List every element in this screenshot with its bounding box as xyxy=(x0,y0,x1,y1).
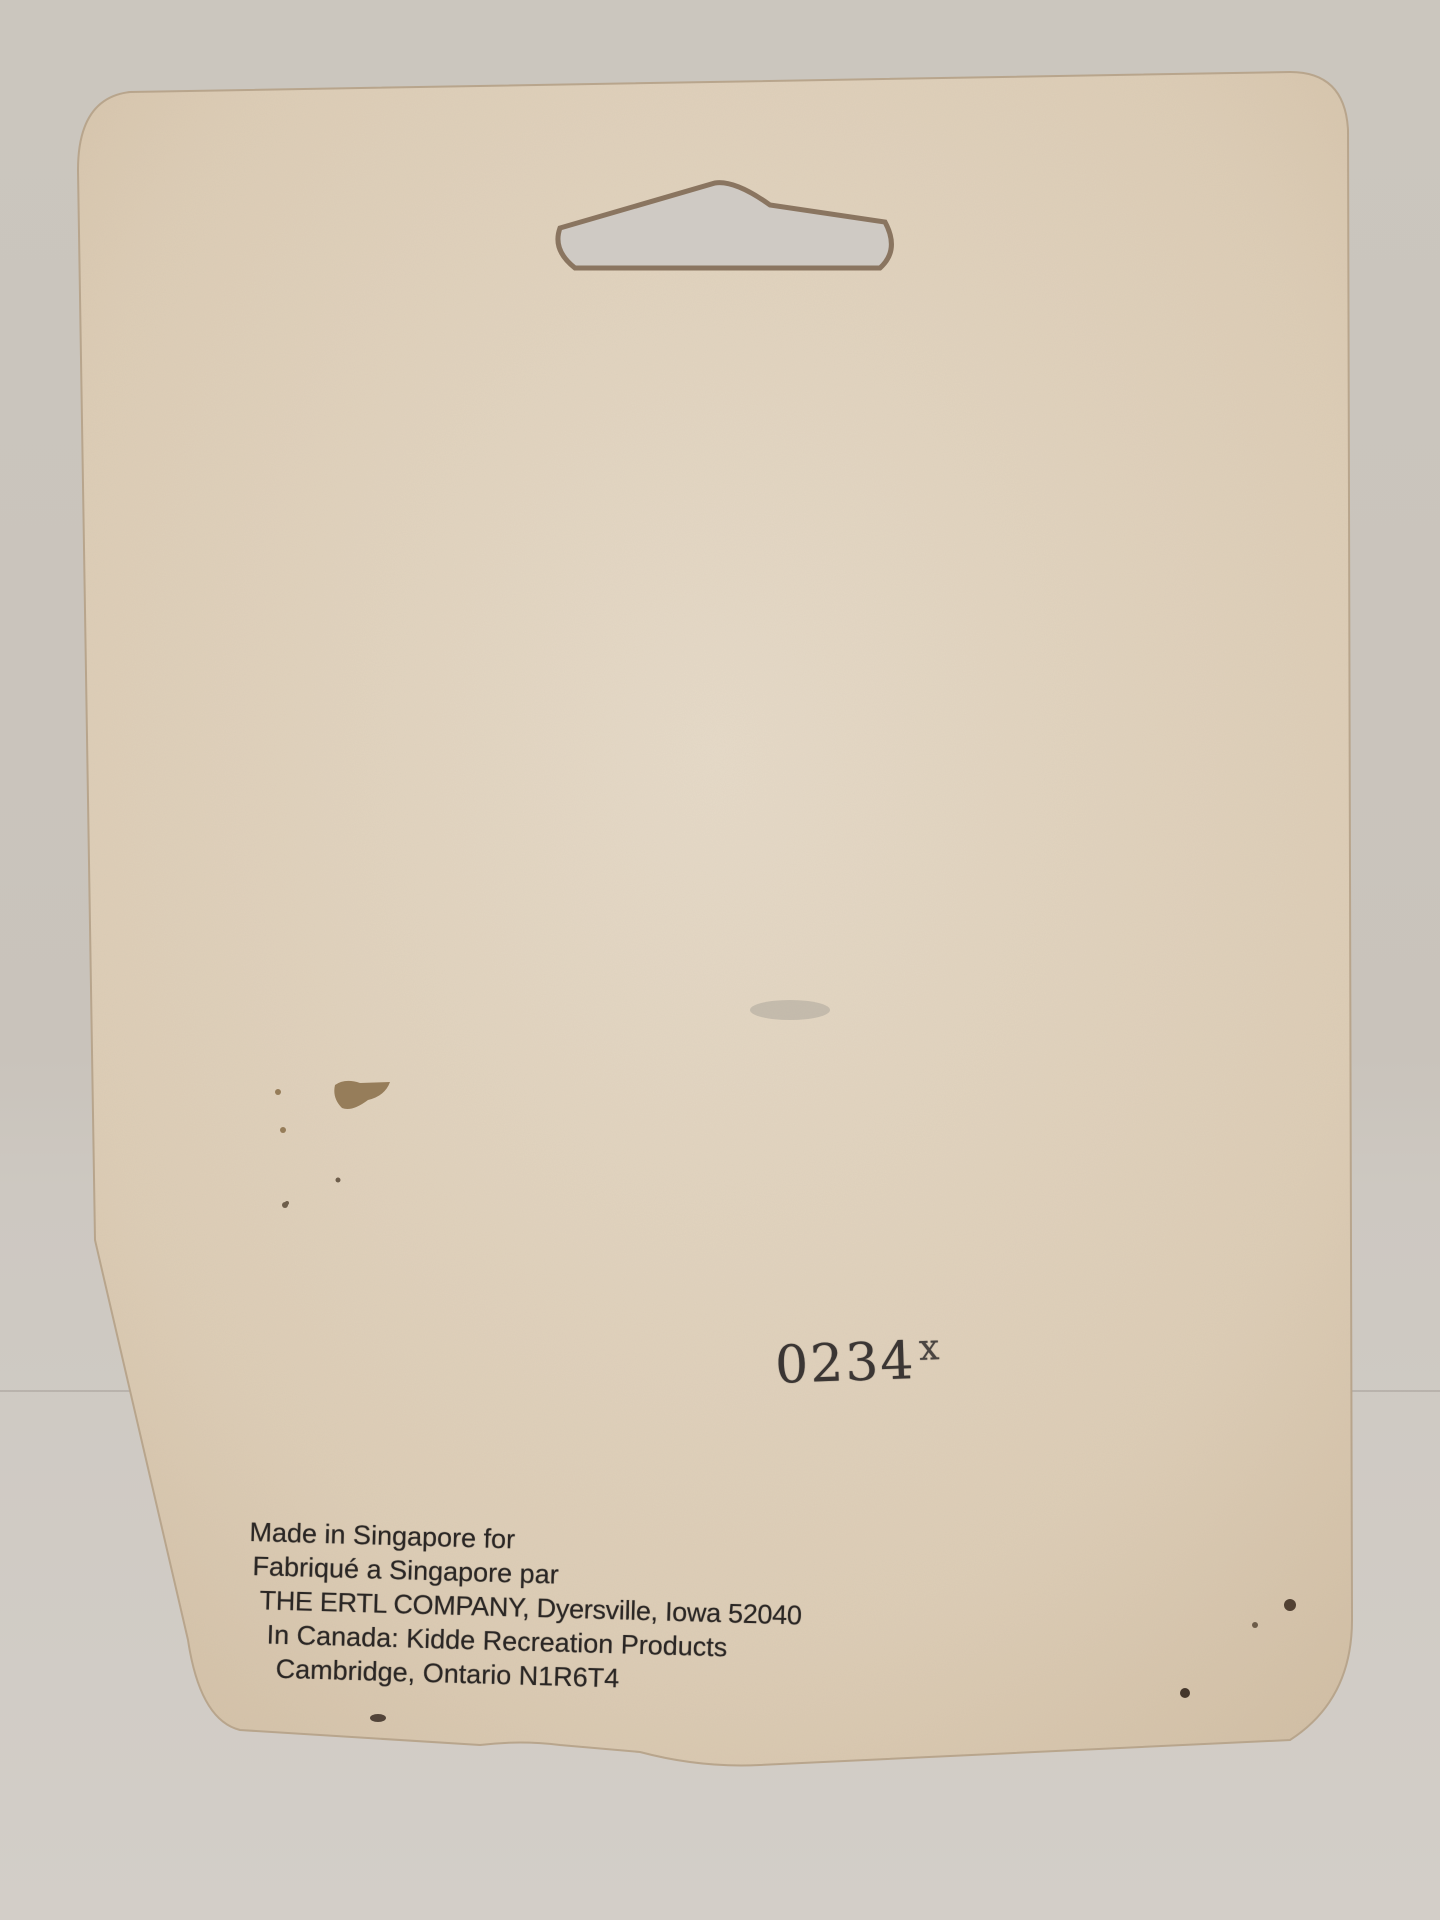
stamp-suffix: x xyxy=(918,1327,942,1369)
manufacturer-imprint: Made in Singapore for Fabriqué a Singapo… xyxy=(245,1515,1009,1706)
stock-number-stamp: 0234x xyxy=(774,1327,943,1396)
stamp-number: 0234 xyxy=(774,1331,916,1396)
